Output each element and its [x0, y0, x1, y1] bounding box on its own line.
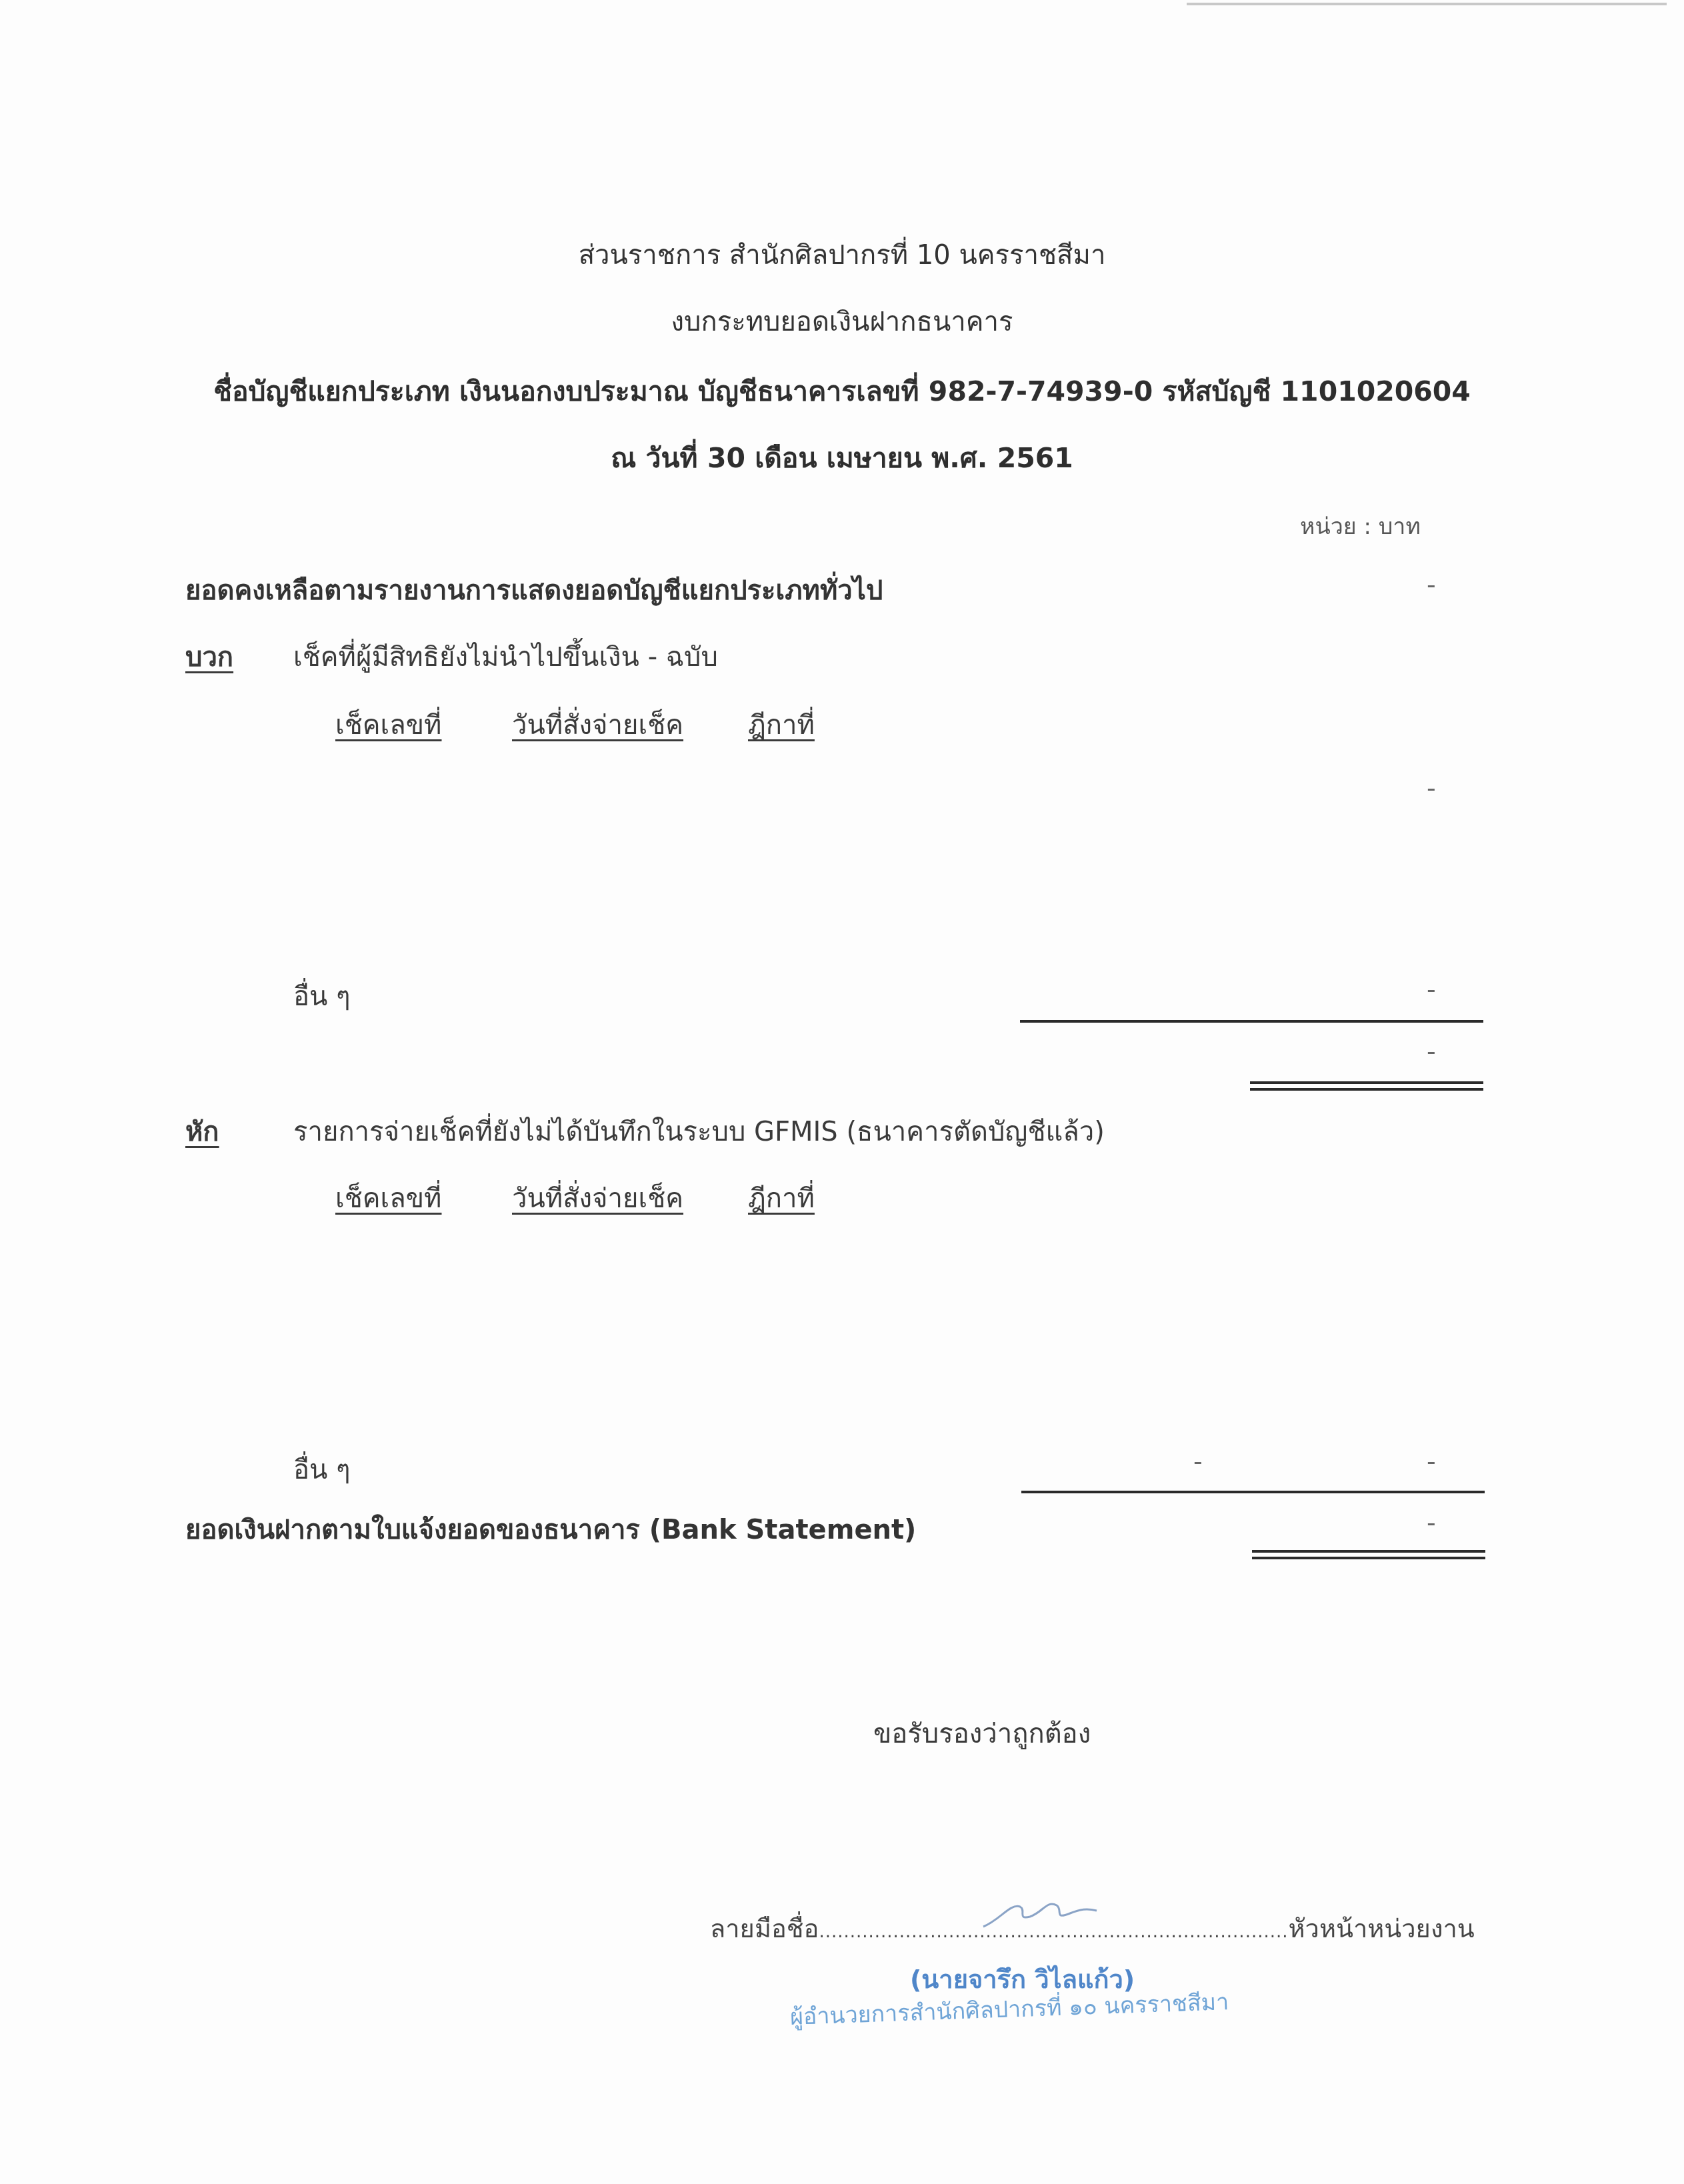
deduct-other-label: อื่น ๆ: [293, 1448, 351, 1491]
date-line: ณ วันที่ 30 เดือน เมษายน พ.ศ. 2561: [0, 437, 1684, 480]
account-line: ชื่อบัญชีแยกประเภท เงินนอกงบประมาณ บัญชี…: [0, 370, 1684, 413]
signatory-title: ผู้อำนวยการสำนักศิลปากรที่ ๑๐ นครราชสีมา: [789, 1983, 1229, 2035]
add-col-cheque-date: วันที่สั่งจ่ายเช็ค: [512, 703, 683, 746]
scan-edge-line: [1187, 3, 1667, 5]
bank-statement-amount: -: [1427, 1508, 1436, 1537]
agency-title: ส่วนราชการ สำนักศิลปากรที่ 10 นครราชสีมา: [0, 233, 1684, 276]
add-single-rule: [1020, 1020, 1483, 1023]
deduct-col-voucher-no: ฎีกาที่: [748, 1177, 815, 1219]
add-subtotal: -: [1427, 773, 1436, 803]
deduct-other-amount: -: [1427, 1447, 1436, 1476]
add-other-amount: -: [1427, 975, 1436, 1004]
unit-label: หน่วย : บาท: [1300, 508, 1421, 544]
add-col-cheque-no: เช็คเลขที่: [335, 703, 441, 746]
deduct-col-cheque-no: เช็คเลขที่: [335, 1177, 441, 1219]
bank-statement-double-rule: [1252, 1550, 1485, 1559]
deduct-other-amount-mid: -: [1193, 1447, 1203, 1476]
gl-balance-label: ยอดคงเหลือตามรายงานการแสดงยอดบัญชีแยกประ…: [185, 569, 883, 611]
deduct-single-rule: [1021, 1491, 1485, 1493]
add-other-label: อื่น ๆ: [293, 975, 351, 1017]
add-col-voucher-no: ฎีกาที่: [748, 703, 815, 746]
document-title: งบกระทบยอดเงินฝากธนาคาร: [0, 300, 1684, 343]
signature-prefix: ลายมือชื่อ: [710, 1914, 819, 1943]
handwritten-signature-icon: [980, 1893, 1100, 1933]
bank-statement-label: ยอดเงินฝากตามใบแจ้งยอดของธนาคาร (Bank St…: [185, 1508, 916, 1551]
deduct-heading: หัก: [185, 1110, 219, 1153]
add-double-rule: [1250, 1081, 1483, 1091]
certify-text: ขอรับรองว่าถูกต้อง: [873, 1712, 1091, 1755]
add-heading: บวก: [185, 635, 233, 678]
gl-balance-amount: -: [1427, 570, 1436, 599]
add-total: -: [1427, 1037, 1436, 1066]
add-description: เช็คที่ผู้มีสิทธิยังไม่นำไปขึ้นเงิน - ฉบ…: [293, 635, 718, 678]
signature-suffix: หัวหน้าหน่วยงาน: [1289, 1914, 1475, 1943]
deduct-description: รายการจ่ายเช็คที่ยังไม่ได้บันทึกในระบบ G…: [293, 1110, 1105, 1153]
deduct-col-cheque-date: วันที่สั่งจ่ายเช็ค: [512, 1177, 683, 1219]
